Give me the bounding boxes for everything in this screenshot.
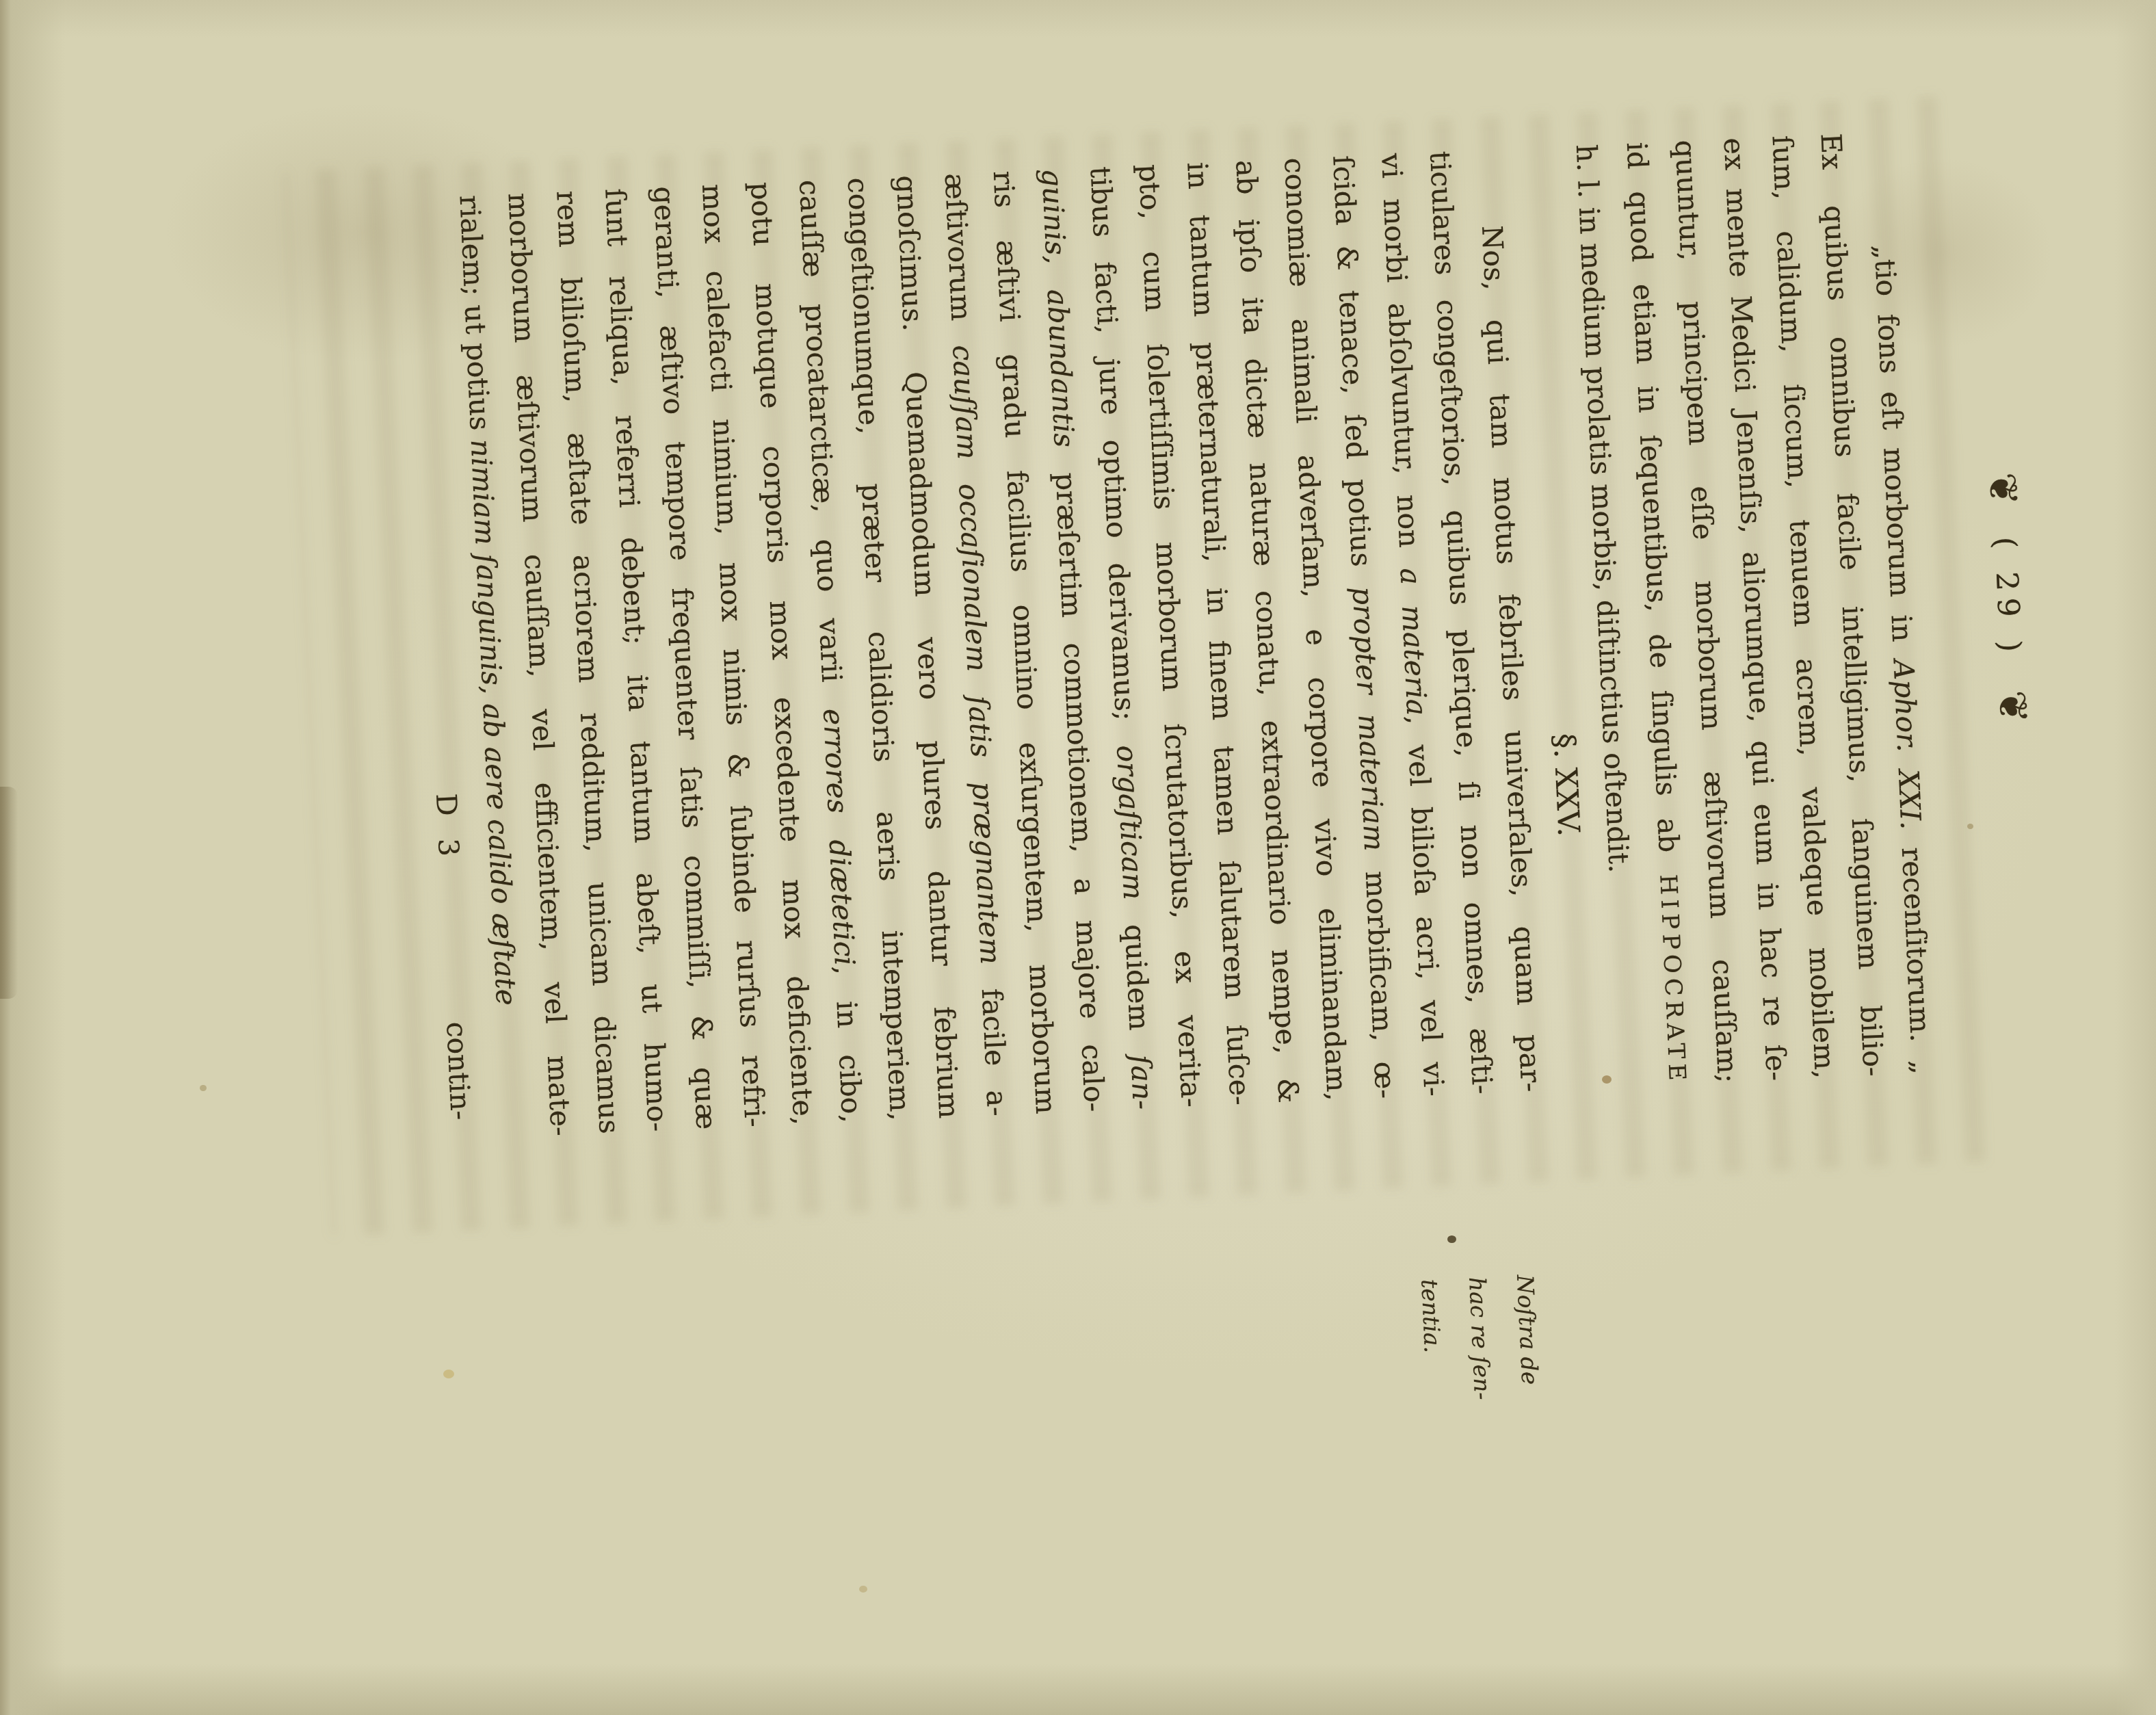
fleuron-ornament-icon: ❦	[1993, 690, 2034, 724]
paragraph-nos-qui: Nos, qui tam motus febriles univerſales,…	[445, 148, 1555, 1139]
rotated-page: ❦ ( 29 ) ❦ „tio fons eſt morborum in Aph…	[0, 0, 2156, 1715]
running-header: ❦ ( 29 ) ❦	[1959, 125, 2057, 1071]
paper-speck	[1602, 1075, 1612, 1084]
paper-speck	[200, 1085, 207, 1091]
gathering-signature-mark: D 3	[420, 792, 475, 864]
paper-speck	[859, 1586, 867, 1593]
paper-speck	[1967, 824, 1973, 829]
text-line: hac re ſen-	[1453, 1276, 1510, 1490]
catchword: contin-	[430, 1021, 486, 1121]
marginal-note: Noſtra dehac re ſen-tentia.	[1405, 1274, 1558, 1492]
paper-speck	[1447, 1235, 1456, 1243]
scanned-book-page: { "colors": { "paper": "#dad6b9", "paper…	[0, 0, 2156, 1715]
text-line: tentia.	[1405, 1278, 1462, 1492]
printed-text-block: ❦ ( 29 ) ❦ „tio fons eſt morborum in Aph…	[393, 125, 2057, 1142]
text-line: Noſtra de	[1501, 1274, 1558, 1488]
page-number: ( 29 )	[1981, 536, 2035, 659]
fleuron-ornament-icon: ❦	[1982, 471, 2023, 506]
paragraph-ex-quibus: Ex quibus omnibus facile intelligimus, ſ…	[1562, 132, 1897, 1088]
paper-speck	[443, 1370, 454, 1378]
